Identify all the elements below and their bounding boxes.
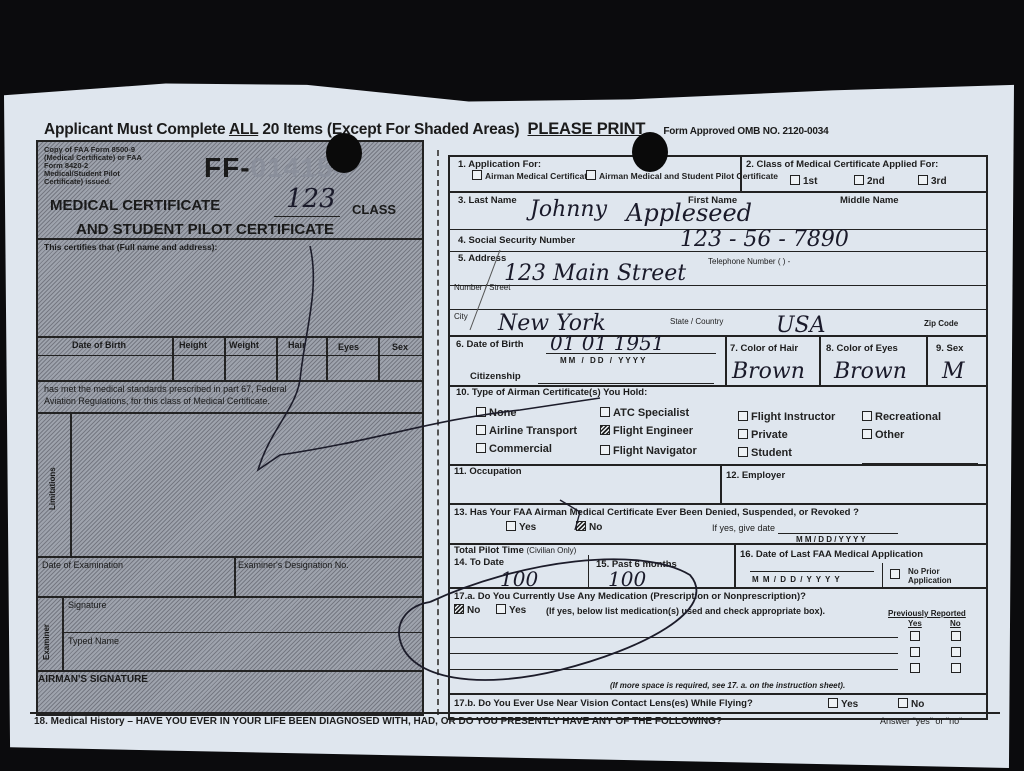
- typed-name-label: Typed Name: [68, 636, 119, 646]
- prev-yes-label: Yes: [908, 619, 922, 628]
- option-label: Flight Instructor: [751, 411, 835, 423]
- checkbox[interactable]: [854, 175, 864, 185]
- divider: [734, 543, 736, 587]
- header-instruction: Applicant Must Complete ALL 20 Items (Ex…: [44, 120, 828, 139]
- checkbox[interactable]: [738, 411, 748, 421]
- q13-date-label: If yes, give date: [712, 523, 775, 533]
- divider: [740, 157, 742, 191]
- divider: [62, 596, 64, 670]
- option-label: Airline Transport: [489, 425, 577, 437]
- q1-label: 1. Application For:: [458, 159, 541, 170]
- q16-date-format: M M / D D / Y Y Y Y: [752, 575, 841, 584]
- punch-hole: [632, 132, 668, 172]
- standards-text: has met the medical standards prescribed…: [44, 384, 287, 394]
- q18-answer-note: Answer "yes" or "no": [880, 716, 962, 726]
- option-label: No: [911, 699, 924, 710]
- option-label: 3rd: [931, 176, 947, 187]
- copy-note: Copy of FAA Form 8500-9 (Medical Certifi…: [44, 146, 144, 186]
- checkbox[interactable]: [476, 443, 486, 453]
- more-space-note: (If more space is required, see 17. a. o…: [610, 681, 845, 690]
- medication-line: [450, 653, 898, 654]
- divider: [450, 587, 986, 589]
- medical-certificate-title: MEDICAL CERTIFICATE: [50, 197, 220, 214]
- medication-line: [450, 669, 898, 670]
- divider: [38, 556, 422, 558]
- divider: [926, 335, 928, 385]
- checkbox[interactable]: [828, 698, 838, 708]
- perforation-line: [437, 150, 439, 715]
- option-label: Other: [875, 429, 904, 441]
- q13-no[interactable]: No: [576, 521, 602, 533]
- q17a-yes[interactable]: Yes: [496, 604, 526, 616]
- divider: [450, 251, 986, 252]
- eye-color-value[interactable]: Brown: [834, 359, 907, 384]
- cert-other[interactable]: Other: [862, 429, 904, 441]
- q4-label: 4. Social Security Number: [458, 235, 575, 246]
- q17a-label: 17.a. Do You Currently Use Any Medicatio…: [454, 591, 806, 602]
- hair-color-value[interactable]: Brown: [732, 359, 805, 384]
- q2-label: 2. Class of Medical Certificate Applied …: [746, 159, 938, 170]
- cert-recreational[interactable]: Recreational: [862, 411, 941, 423]
- airman-signature-label: AIRMAN'S SIGNATURE: [38, 674, 148, 685]
- q9-label: 9. Sex: [936, 343, 963, 354]
- examiner-label: Examiner: [42, 624, 51, 660]
- divider: [172, 336, 174, 382]
- telephone-label: Telephone Number ( ) -: [708, 257, 790, 266]
- street-value[interactable]: 123 Main Street: [504, 261, 686, 286]
- checkbox[interactable]: [918, 175, 928, 185]
- cert-flight-navigator[interactable]: Flight Navigator: [600, 445, 697, 457]
- civilian-note: (Civilian Only): [527, 546, 577, 555]
- option-label: Private: [751, 429, 788, 441]
- q8-label: 8. Color of Eyes: [826, 343, 898, 354]
- option-label: Recreational: [875, 411, 941, 423]
- option-label: 2nd: [867, 176, 885, 187]
- sex-header: Sex: [392, 342, 408, 352]
- checkbox[interactable]: [600, 445, 610, 455]
- divider: [38, 238, 422, 240]
- q6-label: 6. Date of Birth: [456, 339, 524, 350]
- class-value: 123: [286, 184, 336, 214]
- q7-label: 7. Color of Hair: [730, 343, 798, 354]
- med1-prev-yes[interactable]: [910, 631, 920, 641]
- no-prior-application[interactable]: No Prior Application: [890, 567, 980, 585]
- q17b-no[interactable]: No: [898, 698, 924, 710]
- cert-atc-specialist[interactable]: ATC Specialist: [600, 407, 689, 419]
- divider: [234, 556, 236, 596]
- dob-underline: [546, 353, 716, 354]
- divider: [30, 712, 1000, 714]
- divider: [38, 380, 422, 382]
- q13-label: 13. Has Your FAA Airman Medical Certific…: [454, 507, 859, 518]
- checkbox-checked[interactable]: [576, 521, 586, 531]
- divider: [38, 670, 422, 672]
- option-label: Airman Medical Certificate: [485, 171, 592, 181]
- class-1st[interactable]: 1st: [790, 175, 817, 187]
- standards-text: Aviation Regulations, for this class of …: [44, 396, 270, 406]
- class-label: CLASS: [352, 202, 396, 217]
- med2-prev-yes[interactable]: [910, 647, 920, 657]
- please-print: PLEASE PRINT: [528, 120, 646, 138]
- divider: [450, 335, 986, 337]
- divider: [224, 336, 226, 382]
- checkbox[interactable]: [472, 170, 482, 180]
- q14-label: 14. To Date: [454, 557, 504, 568]
- option-label: No Prior Application: [908, 567, 952, 585]
- option-label: Commercial: [489, 443, 552, 455]
- option-label: No: [589, 522, 602, 533]
- divider: [450, 285, 986, 286]
- option-label: ATC Specialist: [613, 407, 689, 419]
- q11-label: 11. Occupation: [454, 466, 522, 477]
- option-label: Yes: [841, 699, 858, 710]
- omb-number: Form Approved OMB NO. 2120-0034: [663, 126, 828, 137]
- q10-label: 10. Type of Airman Certificate(s) You Ho…: [456, 387, 647, 398]
- ssn-value[interactable]: 123 - 56 - 7890: [680, 227, 849, 252]
- checkbox[interactable]: [506, 521, 516, 531]
- option-label: Yes: [519, 522, 536, 533]
- option-label: No: [467, 605, 480, 616]
- checkbox[interactable]: [738, 447, 748, 457]
- med3-prev-no[interactable]: [951, 663, 961, 673]
- cert-none[interactable]: None: [476, 407, 517, 419]
- divider: [38, 336, 422, 338]
- option-label: Student: [751, 447, 792, 459]
- option-label: Yes: [509, 605, 526, 616]
- cert-private[interactable]: Private: [738, 429, 788, 441]
- examiner-designation-label: Examiner's Designation No.: [238, 560, 349, 570]
- checkbox[interactable]: [790, 175, 800, 185]
- q17b-yes[interactable]: Yes: [828, 698, 858, 710]
- option-label: None: [489, 407, 517, 419]
- total-pilot-time-label: Total Pilot Time: [454, 545, 524, 556]
- weight-header: Weight: [229, 340, 259, 350]
- checkbox[interactable]: [898, 698, 908, 708]
- divider: [70, 412, 72, 556]
- instruction-all: ALL: [229, 121, 258, 138]
- divider: [62, 632, 422, 633]
- citizenship-label: Citizenship: [470, 371, 521, 382]
- q17a-no[interactable]: No: [454, 604, 480, 616]
- cert-airline-transport[interactable]: Airline Transport: [476, 425, 577, 437]
- middle-name-label: Middle Name: [840, 195, 899, 206]
- divider: [450, 309, 986, 310]
- divider: [450, 191, 986, 193]
- date-of-exam-label: Date of Examination: [42, 560, 123, 570]
- punch-hole: [326, 133, 362, 173]
- option-label: 1st: [803, 176, 817, 187]
- city-label: City: [454, 312, 468, 321]
- eyes-header: Eyes: [338, 342, 359, 352]
- medication-line: [450, 637, 898, 638]
- divider: [450, 464, 986, 466]
- class-3rd[interactable]: 3rd: [918, 175, 947, 187]
- cert-flight-instructor[interactable]: Flight Instructor: [738, 411, 835, 423]
- certificate-stub: Copy of FAA Form 8500-9 (Medical Certifi…: [36, 140, 424, 716]
- q16-date-line: [750, 571, 874, 572]
- signature-label: Signature: [68, 600, 107, 610]
- instruction-text: Applicant Must Complete: [44, 121, 225, 138]
- checkbox[interactable]: [890, 569, 900, 579]
- limitations-label: Limitations: [48, 467, 57, 510]
- cert-commercial[interactable]: Commercial: [476, 443, 552, 455]
- med1-prev-no[interactable]: [951, 631, 961, 641]
- option-label: Flight Engineer: [613, 425, 693, 437]
- checkbox[interactable]: [476, 425, 486, 435]
- q17a-instruction: (If yes, below list medication(s) used a…: [546, 606, 825, 616]
- state-label: State / Country: [670, 317, 723, 326]
- hair-header: Hair: [288, 340, 306, 350]
- q13-yes[interactable]: Yes: [506, 521, 536, 533]
- application-form: 1. Application For: Airman Medical Certi…: [448, 155, 988, 720]
- divider: [450, 693, 986, 695]
- zip-label: Zip Code: [924, 319, 958, 328]
- q1-option-student-pilot[interactable]: Airman Medical and Student Pilot Certifi…: [586, 170, 778, 181]
- last-name-value[interactable]: Johnny: [530, 197, 607, 222]
- previously-reported-label: Previously Reported: [888, 609, 966, 618]
- checkbox[interactable]: [586, 170, 596, 180]
- q17b-label: 17.b. Do You Ever Use Near Vision Contac…: [454, 698, 753, 709]
- divider: [720, 466, 722, 504]
- med2-prev-no[interactable]: [951, 647, 961, 657]
- divider: [588, 555, 589, 587]
- divider: [725, 335, 727, 385]
- sex-value[interactable]: M: [942, 359, 965, 384]
- ff-prefix: FF-: [204, 152, 251, 183]
- total-pilot-time: Total Pilot Time (Civilian Only): [454, 545, 576, 556]
- instruction-suffix: 20 Items (Except For Shaded Areas): [262, 121, 519, 138]
- q3-label: 3. Last Name: [458, 195, 517, 206]
- citizenship-underline: [538, 383, 714, 384]
- divider: [38, 355, 422, 356]
- dob-value[interactable]: 01 01 1951: [550, 331, 665, 355]
- divider: [882, 563, 883, 587]
- divider: [819, 335, 821, 385]
- q18-label: 18. Medical History – HAVE YOU EVER IN Y…: [34, 716, 722, 727]
- q5-label: 5. Address: [458, 253, 506, 264]
- first-name-value[interactable]: Appleseed: [626, 199, 752, 227]
- checkbox-checked[interactable]: [454, 604, 464, 614]
- checkbox[interactable]: [476, 407, 486, 417]
- height-header: Height: [179, 340, 207, 350]
- cert-flight-engineer[interactable]: Flight Engineer: [600, 425, 693, 437]
- prev-no-label: No: [950, 619, 961, 628]
- med3-prev-yes[interactable]: [910, 663, 920, 673]
- q13-date-line: [778, 533, 898, 534]
- q12-label: 12. Employer: [726, 470, 785, 481]
- divider: [276, 336, 278, 382]
- divider: [326, 336, 328, 382]
- checkbox[interactable]: [738, 429, 748, 439]
- class-2nd[interactable]: 2nd: [854, 175, 885, 187]
- option-label: Airman Medical and Student Pilot Certifi…: [599, 171, 778, 181]
- divider: [38, 596, 422, 598]
- class-underline: [274, 216, 340, 217]
- dob-header: Date of Birth: [72, 340, 126, 350]
- q1-option-airman-medical[interactable]: Airman Medical Certificate: [472, 170, 592, 181]
- cert-student[interactable]: Student: [738, 447, 792, 459]
- checkbox[interactable]: [862, 429, 872, 439]
- certificate-subtitle: AND STUDENT PILOT CERTIFICATE: [76, 221, 334, 238]
- option-label: Flight Navigator: [613, 445, 697, 457]
- dob-format: MM / DD / YYYY: [560, 356, 647, 365]
- q16-label: 16. Date of Last FAA Medical Application: [740, 549, 923, 560]
- certifies-label: This certifies that (Full name and addre…: [44, 242, 217, 252]
- divider: [38, 412, 422, 414]
- checkbox[interactable]: [600, 407, 610, 417]
- divider: [450, 503, 986, 505]
- divider: [378, 336, 380, 382]
- checkbox[interactable]: [862, 411, 872, 421]
- checkbox-checked[interactable]: [600, 425, 610, 435]
- checkbox[interactable]: [496, 604, 506, 614]
